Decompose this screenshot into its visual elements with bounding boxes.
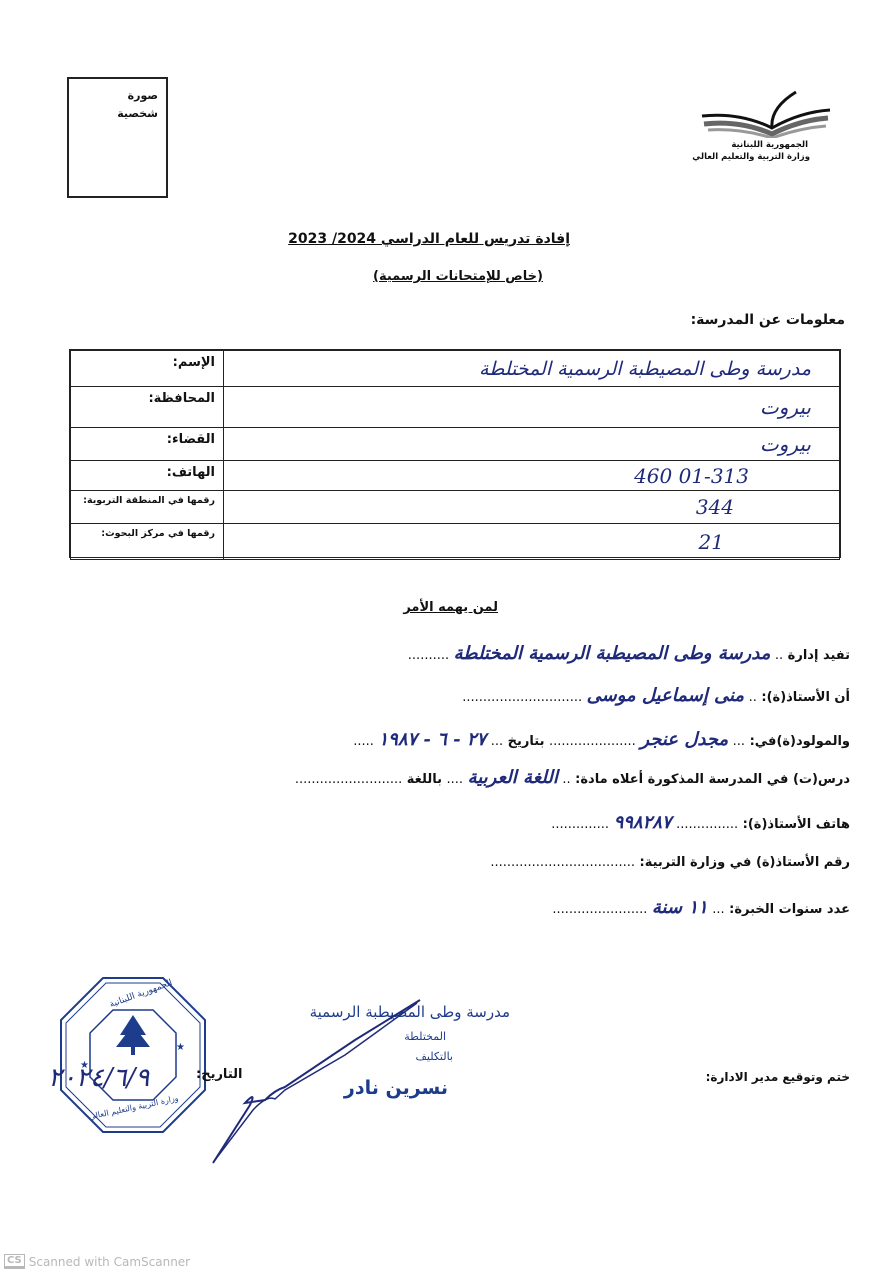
camscanner-logo-icon: CS <box>4 1254 25 1269</box>
signature-scribble-icon <box>205 995 435 1170</box>
birth-line: والمولود(ة)في: ... مجدل عنجر ...........… <box>353 729 850 750</box>
teacher-line: أن الأستاذ(ة): .. منى إسماعيل موسى .....… <box>462 685 850 706</box>
teacher-value: منى إسماعيل موسى <box>587 685 744 706</box>
table-row-phone: الهاتف: 01-313 460 <box>71 461 840 491</box>
logo-republic-text: الجمهورية اللبنانية <box>731 140 808 150</box>
ministry-logo: الجمهورية اللبنانية وزارة التربية والتعل… <box>700 88 840 168</box>
teacher-phone-line: هاتف الأستاذ(ة): ............... ٩٩٨٢٨٧ … <box>551 812 850 833</box>
subject-value: اللغة العربية <box>468 767 558 788</box>
experience-label: عدد سنوات الخبرة: <box>729 902 850 917</box>
teacher-label: أن الأستاذ(ة): <box>761 690 850 705</box>
birthplace-label: والمولود(ة)في: <box>750 734 850 749</box>
experience-line: عدد سنوات الخبرة: ... ١١ سنة ...........… <box>552 897 850 918</box>
table-row-district: القضاء: بيروت <box>71 428 840 461</box>
document-title: إفادة تدريس للعام الدراسي 2024/ 2023 <box>288 231 570 247</box>
label-research-center-number: رقمها في مركز البحوث: <box>71 524 224 560</box>
admin-label: تفيد إدارة <box>788 648 850 663</box>
table-row-name: الإسم: مدرسة وطى المصيطبة الرسمية المختل… <box>71 351 840 387</box>
camscanner-text: Scanned with CamScanner <box>29 1255 190 1269</box>
value-research-center-number: 21 <box>224 524 840 560</box>
admin-value: مدرسة وطى المصيطبة الرسمية المختلطة <box>454 643 771 664</box>
ministry-number-label: رقم الأستاذ(ة) في وزارة التربية: <box>640 855 850 870</box>
label-name: الإسم: <box>71 351 224 387</box>
experience-value: ١١ سنة <box>652 897 708 918</box>
value-governorate: بيروت <box>224 387 840 428</box>
value-district: بيروت <box>224 428 840 461</box>
school-info-table: الإسم: مدرسة وطى المصيطبة الرسمية المختل… <box>69 349 841 558</box>
value-edu-zone-number: 344 <box>224 491 840 524</box>
table-row-governorate: المحافظة: بيروت <box>71 387 840 428</box>
cedar-tree-icon <box>116 1015 150 1055</box>
subject-label: درس(ت) في المدرسة المذكورة أعلاه مادة: <box>575 772 850 787</box>
photo-label-line1: صورة <box>128 89 158 102</box>
birthplace-value: مجدل عنجر <box>640 729 728 750</box>
value-name: مدرسة وطى المصيطبة الرسمية المختلطة <box>224 351 840 387</box>
teacher-phone-value: ٩٩٨٢٨٧ <box>614 812 672 833</box>
logo-ministry-text: وزارة التربية والتعليم العالي <box>692 152 810 162</box>
to-whom-heading: لمن يهمه الأمر <box>403 600 498 615</box>
admin-line: تفيد إدارة .. مدرسة وطى المصيطبة الرسمية… <box>260 643 850 664</box>
official-seal: ★ ★ الجمهورية اللبنانية وزارة التربية وا… <box>58 975 208 1135</box>
birthdate-label: بتاريخ <box>508 734 545 749</box>
open-book-icon <box>700 88 840 138</box>
photo-placeholder-box: صورة شخصية <box>67 77 168 198</box>
school-info-heading: معلومات عن المدرسة: <box>691 312 845 328</box>
director-signature-label: ختم وتوقيع مدير الادارة: <box>706 1070 850 1084</box>
photo-label-line2: شخصية <box>117 107 158 120</box>
teacher-phone-label: هاتف الأستاذ(ة): <box>743 817 850 832</box>
camscanner-watermark: CS Scanned with CamScanner <box>4 1254 190 1269</box>
date-value: ٢٠٢٤/٦/٩ <box>48 1063 149 1093</box>
svg-text:★: ★ <box>176 1042 185 1053</box>
label-governorate: المحافظة: <box>71 387 224 428</box>
document-subtitle: (خاص للإمتحانات الرسمية) <box>373 269 543 284</box>
label-district: القضاء: <box>71 428 224 461</box>
ministry-number-line: رقم الأستاذ(ة) في وزارة التربية: .......… <box>490 855 850 870</box>
birthdate-value: ٢٧ - ٦ - ١٩٨٧ <box>378 729 486 750</box>
label-phone: الهاتف: <box>71 461 224 491</box>
subject-line: درس(ت) في المدرسة المذكورة أعلاه مادة: .… <box>295 767 850 788</box>
table-row-research-center-number: رقمها في مركز البحوث: 21 <box>71 524 840 560</box>
table-row-edu-zone-number: رقمها في المنطقة التربوية: 344 <box>71 491 840 524</box>
value-phone: 01-313 460 <box>224 461 840 491</box>
label-edu-zone-number: رقمها في المنطقة التربوية: <box>71 491 224 524</box>
language-label: باللغة <box>407 772 442 787</box>
